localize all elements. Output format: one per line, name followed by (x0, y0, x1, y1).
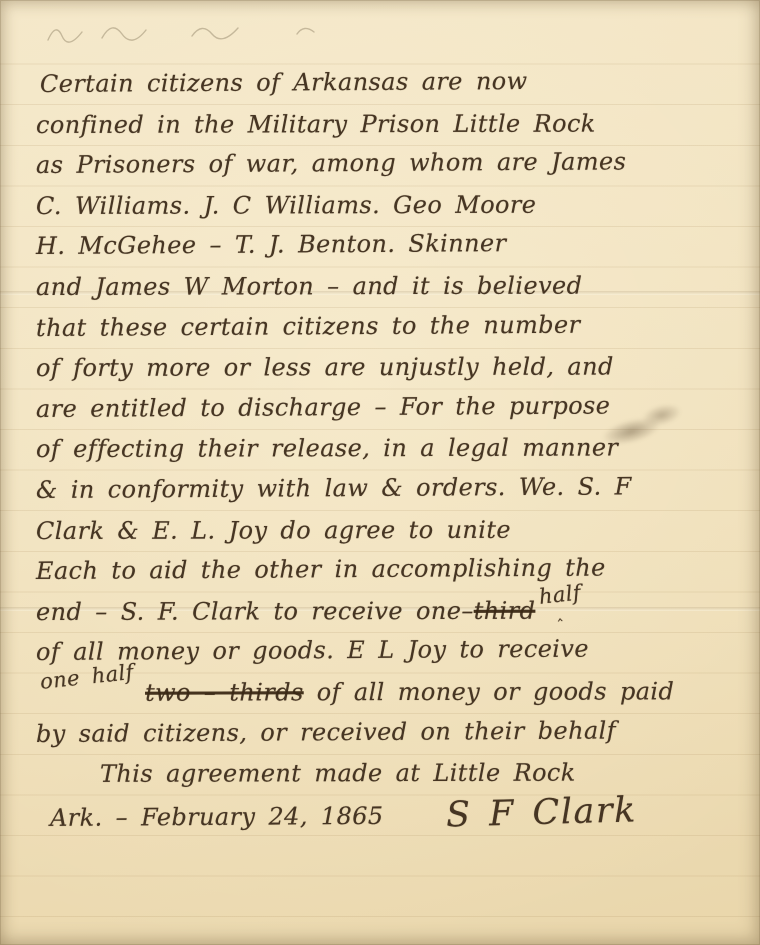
text-segment: that these certain citizens to the numbe… (36, 310, 581, 341)
handwritten-line: Clark & E. L. Joy do agree to unite (36, 509, 750, 551)
text-segment: Certain citizens of Arkansas are now (40, 67, 528, 98)
handwritten-text-block: Certain citizens of Arkansas are nowconf… (36, 64, 750, 835)
handwritten-line: of forty more or less are unjustly held,… (36, 346, 750, 388)
handwritten-line: Each to aid the other in accomplishing t… (36, 547, 750, 592)
insertion-caret: ‸ (556, 605, 563, 621)
handwritten-line: C. Williams. J. C Williams. Geo Moore (36, 184, 750, 226)
document-page: Certain citizens of Arkansas are nowconf… (0, 0, 760, 945)
text-segment: & in conformity with law & orders. We. S… (36, 472, 632, 504)
handwritten-line: by said citizens, or received on their b… (36, 709, 750, 754)
handwritten-line: one half two – thirds of all money or go… (36, 671, 750, 713)
text-segment: end – S. F. Clark to receive one– (36, 597, 474, 626)
handwritten-line: confined in the Military Prison Little R… (36, 103, 750, 145)
handwritten-line: Ark. – February 24, 1865S F Clark (36, 790, 750, 835)
handwritten-line: This agreement made at Little Rock (36, 752, 750, 794)
handwritten-line: H. McGehee – T. J. Benton. Skinner (36, 222, 750, 267)
inserted-text: half‸ (538, 582, 582, 607)
handwritten-line: & in conformity with law & orders. We. S… (36, 466, 750, 511)
struck-text: two – thirds (145, 672, 304, 713)
text-segment: H. McGehee – T. J. Benton. Skinner (36, 230, 507, 261)
text-segment: Clark & E. L. Joy do agree to unite (36, 515, 511, 544)
struck-text: third (474, 590, 536, 631)
handwritten-line: of effecting their release, in a legal m… (36, 427, 750, 469)
text-segment: of forty more or less are unjustly held,… (36, 353, 614, 383)
handwritten-line: and James W Morton – and it is believed (36, 265, 750, 307)
handwritten-line: are entitled to discharge – For the purp… (36, 384, 750, 429)
handwritten-line: that these certain citizens to the numbe… (36, 303, 750, 348)
handwritten-line: Certain citizens of Arkansas are now (36, 60, 750, 105)
handwritten-line: of all money or goods. E L Joy to receiv… (36, 628, 750, 673)
text-segment: of all money or goods paid (304, 677, 675, 706)
handwritten-line: as Prisoners of war, among whom are Jame… (36, 141, 750, 186)
handwritten-line: end – S. F. Clark to receive one–thirdha… (36, 590, 750, 632)
text-segment: C. Williams. J. C Williams. Geo Moore (36, 190, 536, 219)
text-segment: confined in the Military Prison Little R… (36, 109, 596, 138)
text-segment: are entitled to discharge – For the purp… (36, 391, 611, 423)
text-segment: by said citizens, or received on their b… (36, 716, 616, 748)
text-segment: as Prisoners of war, among whom are Jame… (36, 148, 626, 180)
text-segment: Each to aid the other in accomplishing t… (36, 554, 606, 585)
text-segment: This agreement made at Little Rock (100, 759, 576, 788)
text-segment: Ark. – February 24, 1865 (50, 802, 384, 832)
text-segment: and James W Morton – and it is believed (36, 272, 582, 301)
pencil-scribble-icon (42, 14, 462, 50)
text-segment: of effecting their release, in a legal m… (36, 434, 618, 464)
signature-text: S F Clark (445, 790, 637, 836)
